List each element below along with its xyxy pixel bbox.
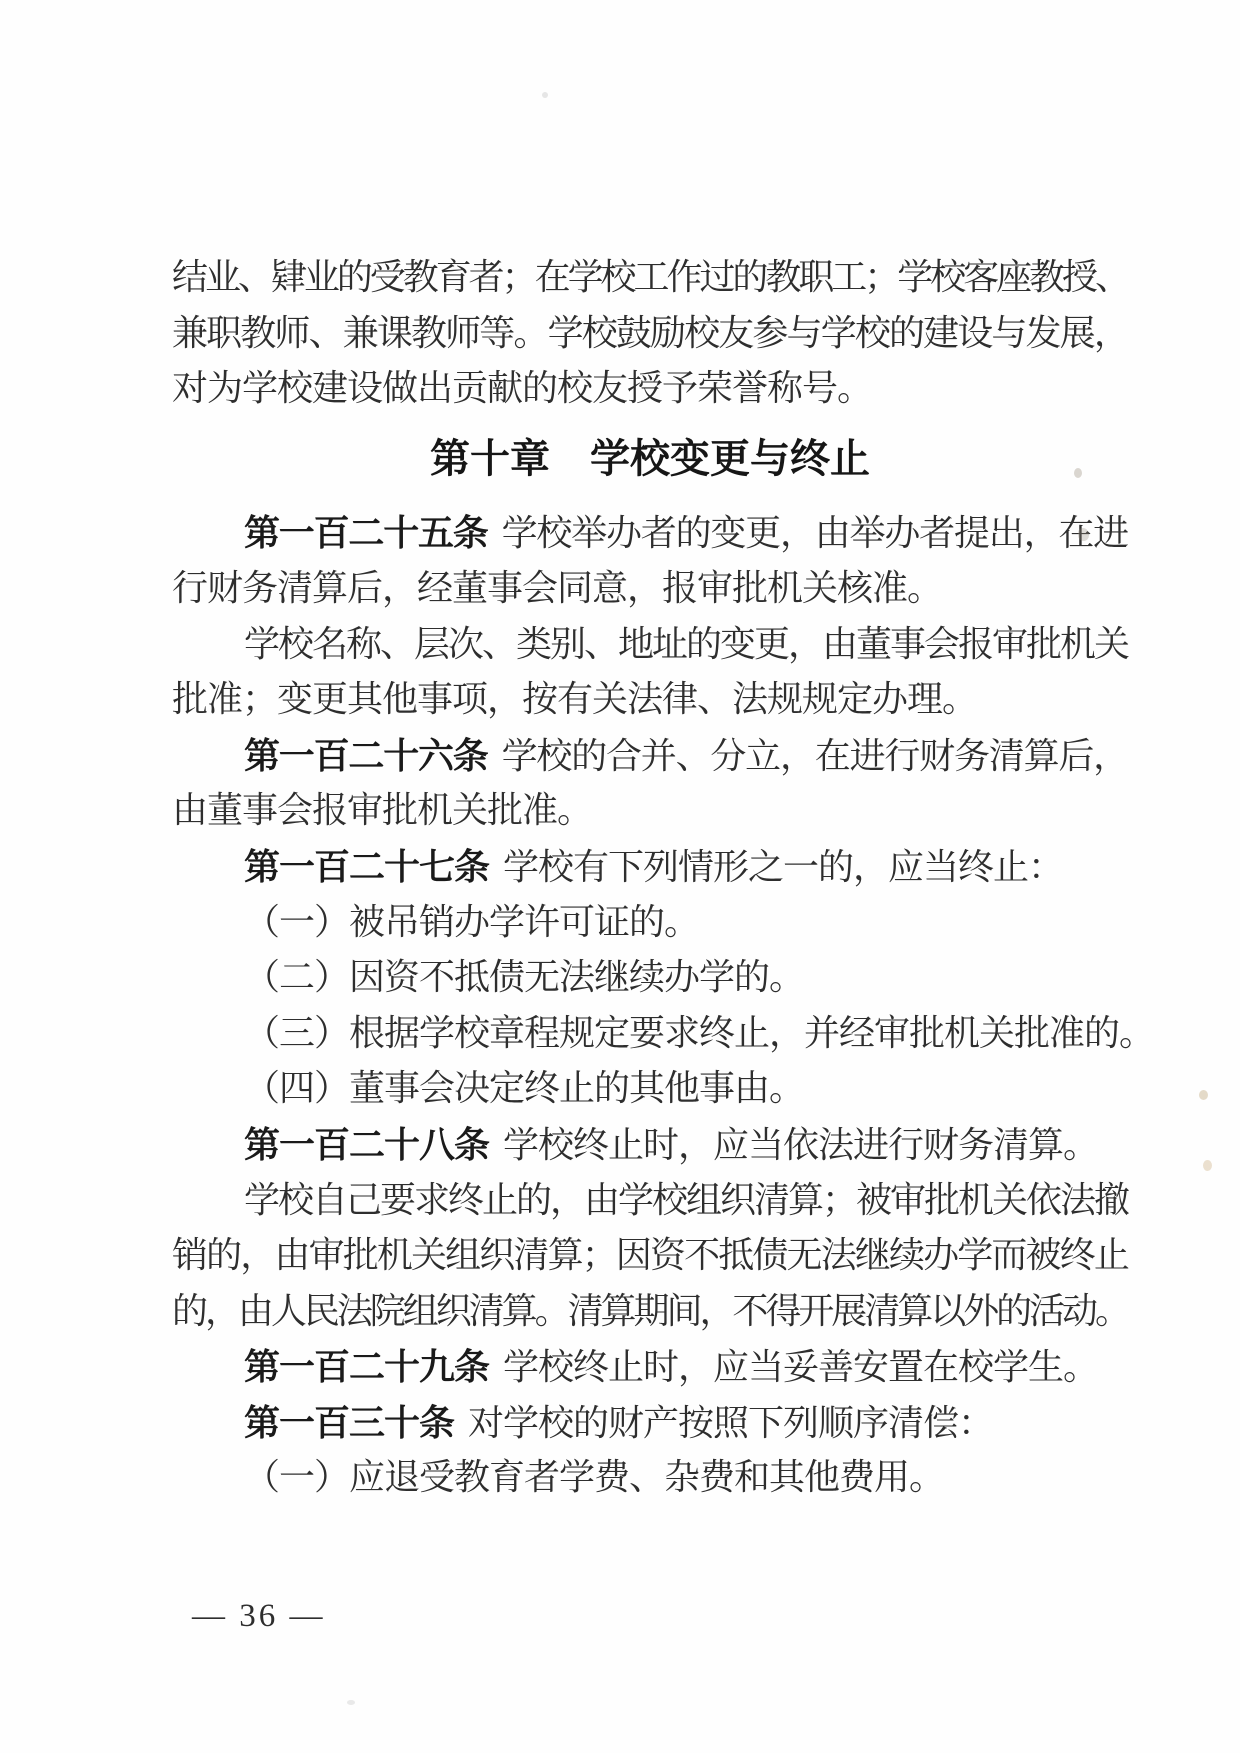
scan-speck bbox=[347, 1700, 355, 1705]
text-line: 行财务清算后，经董事会同意，报审批机关核准。 bbox=[172, 561, 1128, 617]
text-line-content: 结业、肄业的受教育者；在学校工作过的教职工；学校客座教授、 bbox=[172, 257, 1128, 297]
text-line-content: （三）根据学校章程规定要求终止，并经审批机关批准的。 bbox=[244, 1013, 1154, 1053]
article-number: 第一百二十七条 bbox=[244, 846, 489, 887]
document-text-block: 结业、肄业的受教育者；在学校工作过的教职工；学校客座教授、兼职教师、兼课教师等。… bbox=[172, 250, 1128, 1506]
chapter-heading: 第十章 学校变更与终止 bbox=[172, 432, 1128, 488]
text-line: 对为学校建设做出贡献的校友授予荣誉称号。 bbox=[172, 361, 1128, 417]
text-line: 由董事会报审批机关批准。 bbox=[172, 783, 1128, 839]
text-line: 第一百二十八条学校终止时，应当依法进行财务清算。 bbox=[172, 1117, 1128, 1173]
text-line: 销的，由审批机关组织清算；因资不抵债无法继续办学而被终止 bbox=[172, 1228, 1128, 1284]
text-line-content: （二）因资不抵债无法继续办学的。 bbox=[244, 957, 804, 997]
document-body: 第一百二十五条学校举办者的变更，由举办者提出，在进行财务清算后，经董事会同意，报… bbox=[172, 505, 1128, 1506]
scan-speck bbox=[1203, 1160, 1212, 1171]
text-line: 学校名称、层次、类别、地址的变更，由董事会报审批机关 bbox=[172, 617, 1128, 673]
scan-speck bbox=[542, 92, 548, 98]
text-line: 第一百二十五条学校举办者的变更，由举办者提出，在进 bbox=[172, 505, 1128, 561]
text-line-content: 第一百二十七条学校有下列情形之一的，应当终止： bbox=[244, 847, 1063, 887]
article-number: 第一百三十条 bbox=[244, 1402, 454, 1443]
text-line: 第一百二十七条学校有下列情形之一的，应当终止： bbox=[172, 839, 1128, 895]
text-line-content: 第一百二十九条学校终止时，应当妥善安置在校学生。 bbox=[244, 1347, 1098, 1387]
article-number: 第一百二十五条 bbox=[244, 512, 488, 553]
text-line-content: 第一百二十八条学校终止时，应当依法进行财务清算。 bbox=[244, 1125, 1098, 1165]
article-number: 第一百二十九条 bbox=[244, 1346, 489, 1387]
text-line-content: （一）应退受教育者学费、杂费和其他费用。 bbox=[244, 1457, 944, 1497]
text-line-content: 对为学校建设做出贡献的校友授予荣誉称号。 bbox=[172, 368, 872, 408]
text-line-content: 行财务清算后，经董事会同意，报审批机关核准。 bbox=[172, 568, 942, 608]
text-line-content: 第一百二十六条学校的合并、分立，在进行财务清算后， bbox=[244, 736, 1128, 776]
text-line: （一）应退受教育者学费、杂费和其他费用。 bbox=[172, 1450, 1128, 1506]
text-line: 第一百二十六条学校的合并、分立，在进行财务清算后， bbox=[172, 728, 1128, 784]
text-line: 兼职教师、兼课教师等。学校鼓励校友参与学校的建设与发展， bbox=[172, 306, 1128, 362]
paragraph-block-top: 结业、肄业的受教育者；在学校工作过的教职工；学校客座教授、兼职教师、兼课教师等。… bbox=[172, 250, 1128, 417]
scanned-document-page: 结业、肄业的受教育者；在学校工作过的教职工；学校客座教授、兼职教师、兼课教师等。… bbox=[0, 0, 1240, 1753]
text-line-content: 的，由人民法院组织清算。清算期间，不得开展清算以外的活动。 bbox=[172, 1291, 1128, 1331]
page-number: — 36 — bbox=[192, 1598, 326, 1635]
text-line-content: 兼职教师、兼课教师等。学校鼓励校友参与学校的建设与发展， bbox=[172, 313, 1128, 353]
text-line-content: 第一百二十五条学校举办者的变更，由举办者提出，在进 bbox=[244, 513, 1128, 553]
text-line: 第一百三十条对学校的财产按照下列顺序清偿： bbox=[172, 1395, 1128, 1451]
text-line-content: （四）董事会决定终止的其他事由。 bbox=[244, 1068, 804, 1108]
text-line-content: （一）被吊销办学许可证的。 bbox=[244, 902, 699, 942]
text-line: 批准；变更其他事项，按有关法律、法规规定办理。 bbox=[172, 672, 1128, 728]
text-line-content: 第一百三十条对学校的财产按照下列顺序清偿： bbox=[244, 1403, 993, 1443]
text-line: 结业、肄业的受教育者；在学校工作过的教职工；学校客座教授、 bbox=[172, 250, 1128, 306]
text-line-content: 学校自己要求终止的，由学校组织清算；被审批机关依法撤 bbox=[244, 1180, 1128, 1220]
text-line-content: 批准；变更其他事项，按有关法律、法规规定办理。 bbox=[172, 679, 977, 719]
text-line: 第一百二十九条学校终止时，应当妥善安置在校学生。 bbox=[172, 1339, 1128, 1395]
text-line-content: 由董事会报审批机关批准。 bbox=[172, 790, 592, 830]
article-number: 第一百二十六条 bbox=[244, 735, 488, 776]
text-line: （一）被吊销办学许可证的。 bbox=[172, 895, 1128, 951]
text-line: 学校自己要求终止的，由学校组织清算；被审批机关依法撤 bbox=[172, 1173, 1128, 1229]
article-number: 第一百二十八条 bbox=[244, 1124, 489, 1165]
text-line: （二）因资不抵债无法继续办学的。 bbox=[172, 950, 1128, 1006]
text-line-content: 学校名称、层次、类别、地址的变更，由董事会报审批机关 bbox=[244, 624, 1128, 664]
scan-speck bbox=[1199, 1090, 1208, 1100]
text-line-content: 销的，由审批机关组织清算；因资不抵债无法继续办学而被终止 bbox=[172, 1235, 1128, 1275]
text-line: （三）根据学校章程规定要求终止，并经审批机关批准的。 bbox=[172, 1006, 1128, 1062]
text-line: （四）董事会决定终止的其他事由。 bbox=[172, 1061, 1128, 1117]
text-line: 的，由人民法院组织清算。清算期间，不得开展清算以外的活动。 bbox=[172, 1284, 1128, 1340]
